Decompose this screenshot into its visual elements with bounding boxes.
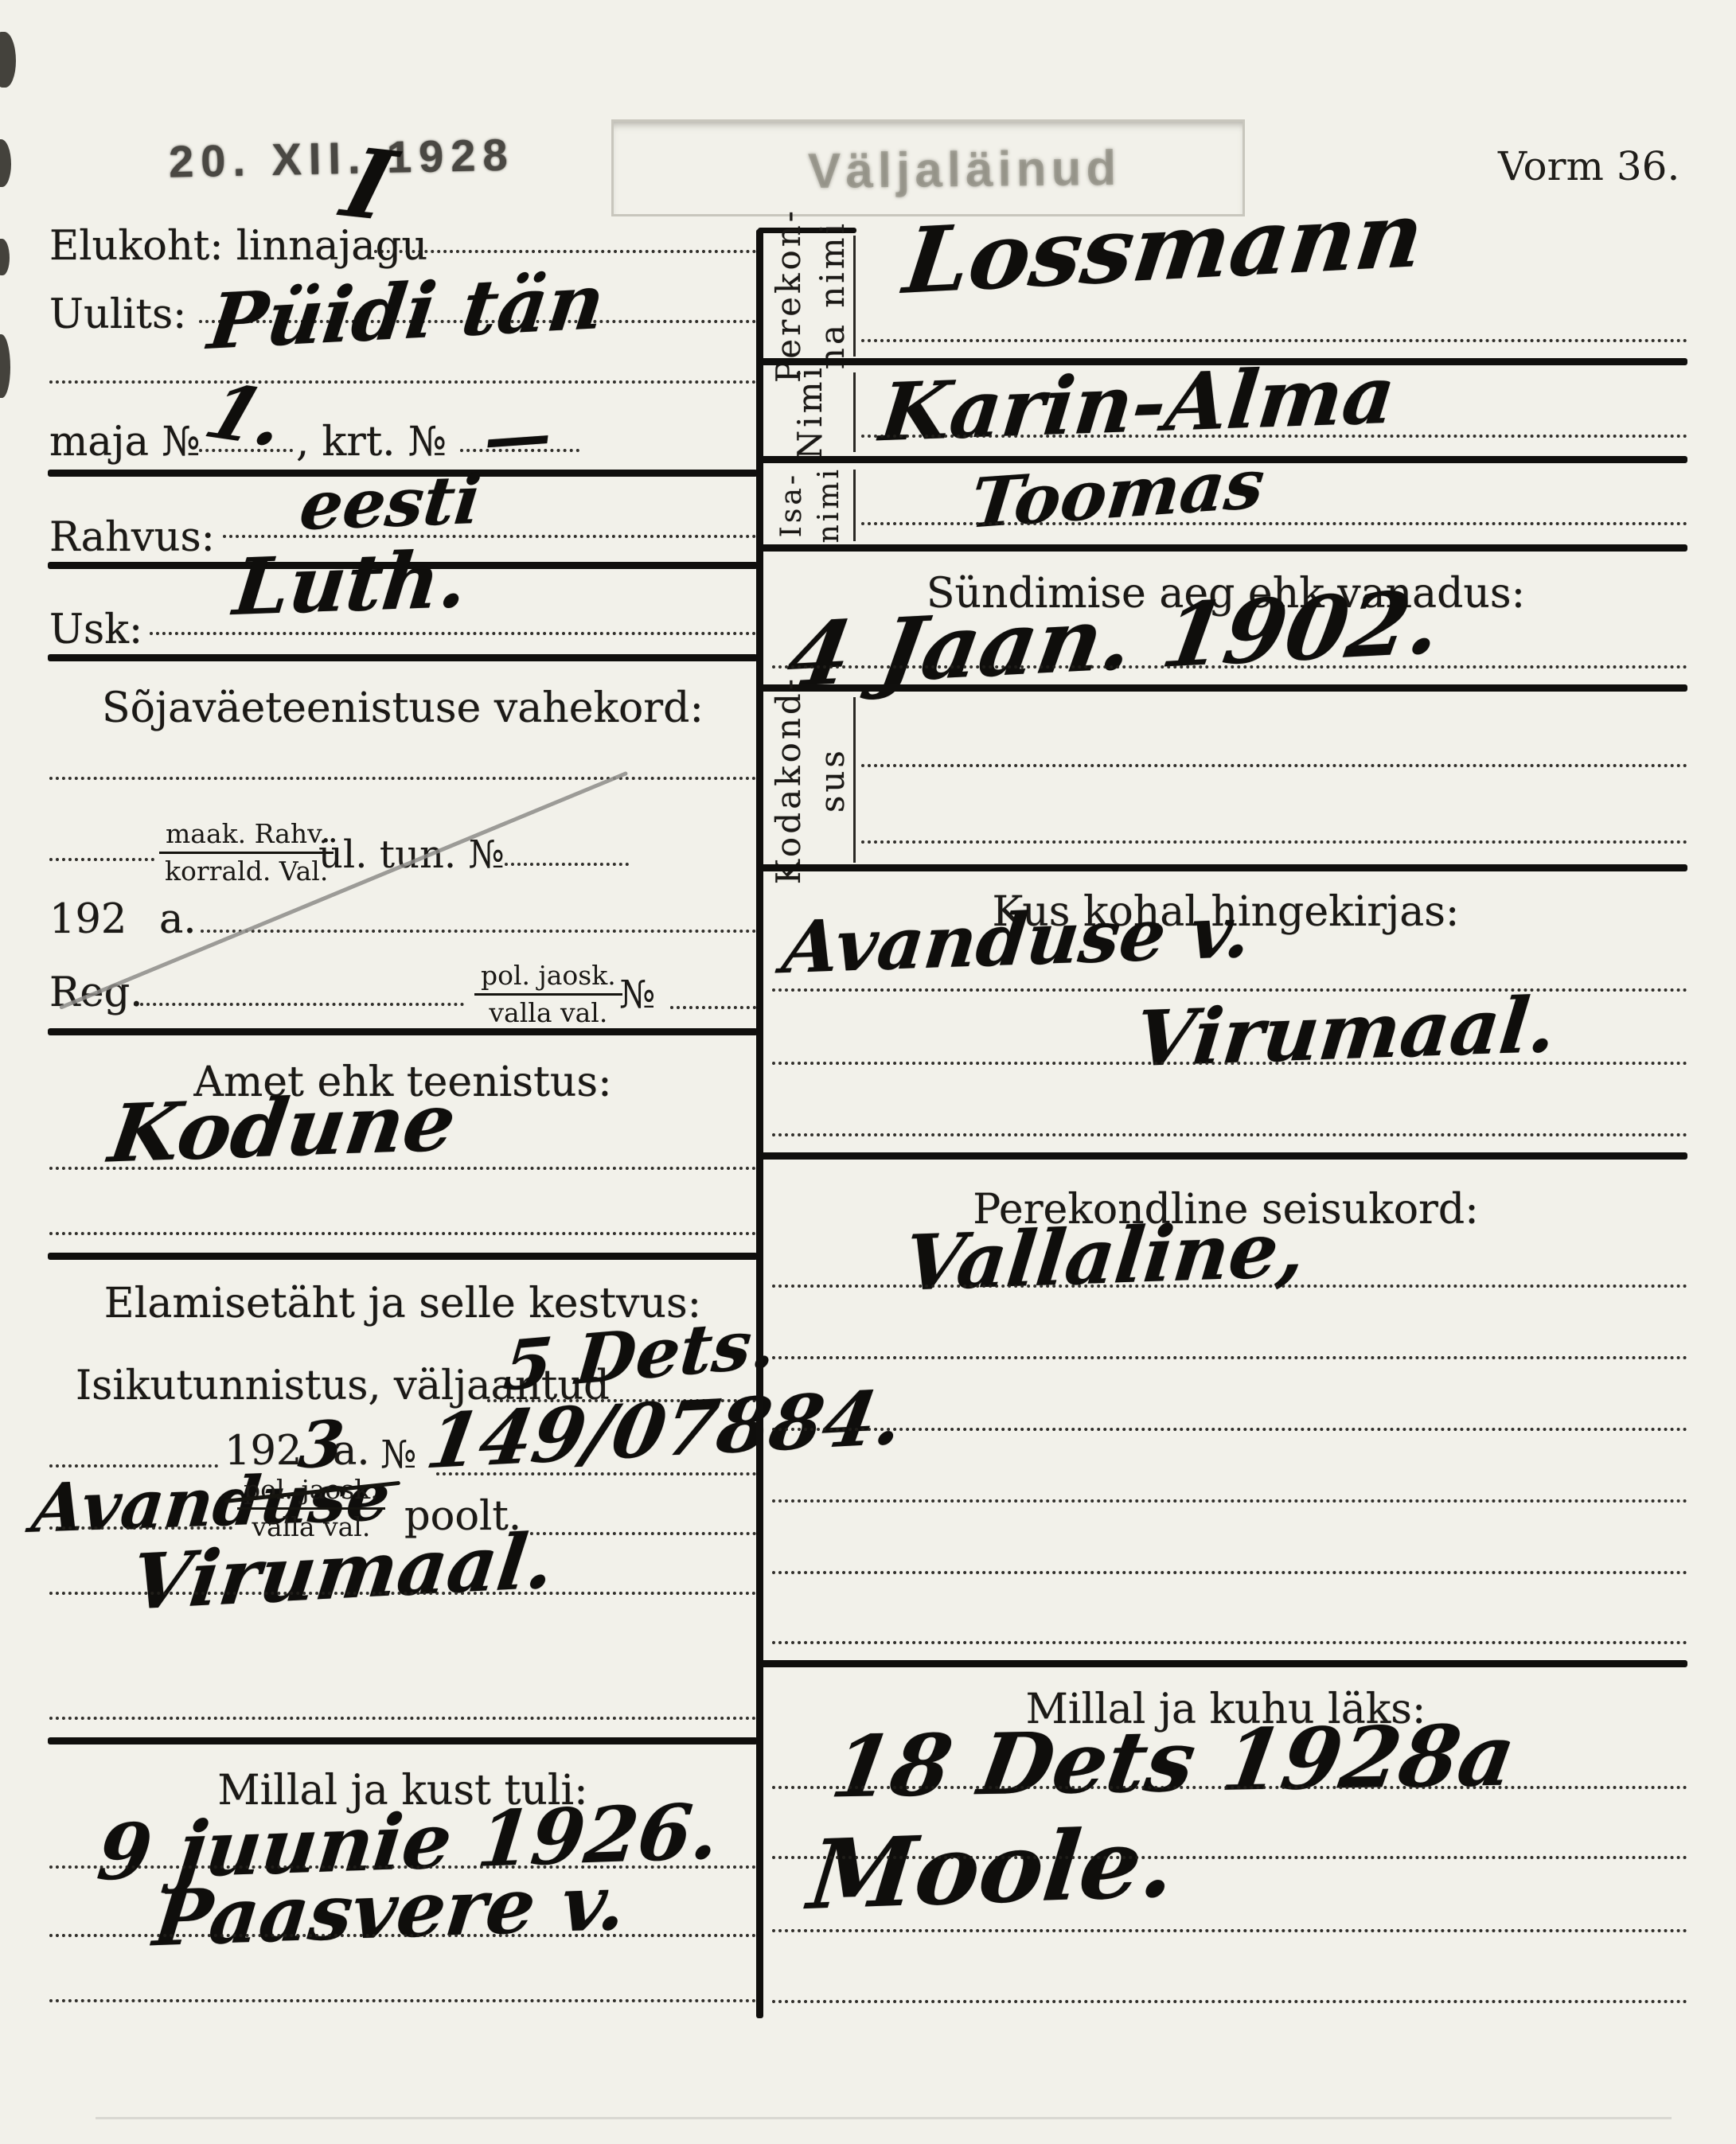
dotted-line xyxy=(49,1232,756,1235)
dotted-line xyxy=(201,930,756,933)
rule-line xyxy=(758,684,1687,692)
occupation-handwritten: Kodune xyxy=(103,1075,461,1181)
dotted-line xyxy=(134,1003,464,1006)
dotted-line xyxy=(772,1641,1687,1644)
dotted-line xyxy=(772,1062,1687,1065)
nationality-handwritten: eesti xyxy=(296,460,484,545)
family-name-label: Perekon- na nimi xyxy=(768,236,852,355)
label-separator xyxy=(853,372,856,452)
military-year-suffix: a. xyxy=(159,896,197,943)
departure-place-handwritten: Moole. xyxy=(804,1807,1180,1932)
father-name-label: Isa- nimi xyxy=(768,468,852,541)
dotted-line xyxy=(861,435,1687,438)
dotted-line xyxy=(49,1526,232,1530)
religion-label: Usk: xyxy=(49,606,142,653)
faded-stamp-text: Väljaläinud xyxy=(808,140,1122,200)
dotted-line xyxy=(772,2000,1687,2003)
dotted-line xyxy=(772,1571,1687,1574)
apartment-no-handwritten: — xyxy=(482,394,554,478)
paper-tear xyxy=(0,139,11,187)
dotted-line xyxy=(772,1133,1687,1136)
rule-line xyxy=(758,864,1687,871)
reg-no-label: № xyxy=(619,973,655,1017)
dotted-line xyxy=(861,840,1687,844)
dotted-line xyxy=(861,764,1687,767)
rule-line xyxy=(48,1028,758,1035)
dotted-line xyxy=(772,1929,1687,1932)
first-name-label: Nimi xyxy=(768,372,852,452)
first-name-handwritten: Karin-Alma xyxy=(876,348,1399,459)
family-status-handwritten: Vallaline, xyxy=(900,1204,1309,1308)
dotted-line xyxy=(861,522,1687,525)
military-fraction: maak. Rahv. korrald. Val. xyxy=(159,818,334,887)
dotted-line xyxy=(772,1284,1687,1288)
rule-line xyxy=(758,544,1687,552)
paper-tear xyxy=(0,32,16,88)
apartment-no-label: , krt. № xyxy=(296,419,447,466)
dotted-line xyxy=(368,250,756,253)
dotted-line xyxy=(49,1999,756,2002)
departure-date-handwritten: 18 Dets 1928a xyxy=(825,1705,1522,1817)
military-year-label: 192 xyxy=(49,896,127,943)
dotted-line xyxy=(49,858,154,861)
label-separator xyxy=(853,236,856,357)
military-service-heading: Sõjaväeteenistuse vahekord: xyxy=(48,684,758,732)
arrival-place-handwritten: Paasvere v. xyxy=(150,1857,630,1964)
nationality-label: Rahvus: xyxy=(49,514,215,561)
dotted-line xyxy=(505,863,629,866)
military-fraction-top: maak. Rahv. xyxy=(159,818,334,854)
rule-line xyxy=(48,1253,758,1260)
dotted-line xyxy=(670,1006,756,1009)
dotted-line xyxy=(49,1934,756,1937)
rule-line xyxy=(48,1737,758,1744)
house-no-label: maja № xyxy=(49,419,200,466)
center-divider xyxy=(756,229,763,2018)
form-number: Vorm 36. xyxy=(1498,143,1679,189)
street-handwritten: Püidi tän xyxy=(204,256,610,367)
dotted-line xyxy=(49,1167,756,1170)
label-separator xyxy=(853,697,856,863)
military-after-fraction-label: ül. tun. № xyxy=(318,832,505,877)
dotted-line xyxy=(772,1499,1687,1503)
rule-line xyxy=(758,1152,1687,1160)
dotted-line xyxy=(861,339,1687,342)
dotted-line xyxy=(772,1856,1687,1859)
dotted-line xyxy=(772,1356,1687,1359)
paper-tear xyxy=(0,239,10,275)
dotted-line xyxy=(772,1786,1687,1789)
reg-fraction: pol. jaosk. valla val. xyxy=(474,960,622,1028)
faint-scratch-line xyxy=(96,2117,1672,2119)
label-separator xyxy=(853,470,856,541)
street-label: Uulits: xyxy=(49,291,186,338)
date-stamp: 20. XII. 1928 xyxy=(168,128,515,187)
dotted-line xyxy=(436,1472,756,1475)
dotted-line xyxy=(772,665,1687,669)
reg-fraction-top: pol. jaosk. xyxy=(474,960,622,996)
parish-register-handwritten-1: Avanduse v. xyxy=(778,890,1254,990)
dotted-line xyxy=(49,1717,756,1720)
residence-label: Elukoht: linnajagu xyxy=(49,223,427,270)
dotted-line xyxy=(49,1592,756,1595)
military-fraction-bottom: korrald. Val. xyxy=(159,854,334,887)
dotted-line xyxy=(772,1428,1687,1431)
scanned-registration-card: 20. XII. 1928 Väljaläinud Vorm 36. I Elu… xyxy=(0,0,1736,2144)
rule-line xyxy=(758,1660,1687,1667)
rule-line xyxy=(48,654,758,661)
paper-tear xyxy=(0,334,10,398)
dotted-line xyxy=(49,380,756,384)
parish-register-handwritten-2: Virumaal. xyxy=(1131,980,1561,1084)
religion-handwritten: Luth. xyxy=(229,534,471,633)
citizenship-label: Kodakond- sus xyxy=(768,697,852,863)
dotted-line xyxy=(49,777,756,780)
reg-fraction-bottom: valla val. xyxy=(474,996,622,1028)
